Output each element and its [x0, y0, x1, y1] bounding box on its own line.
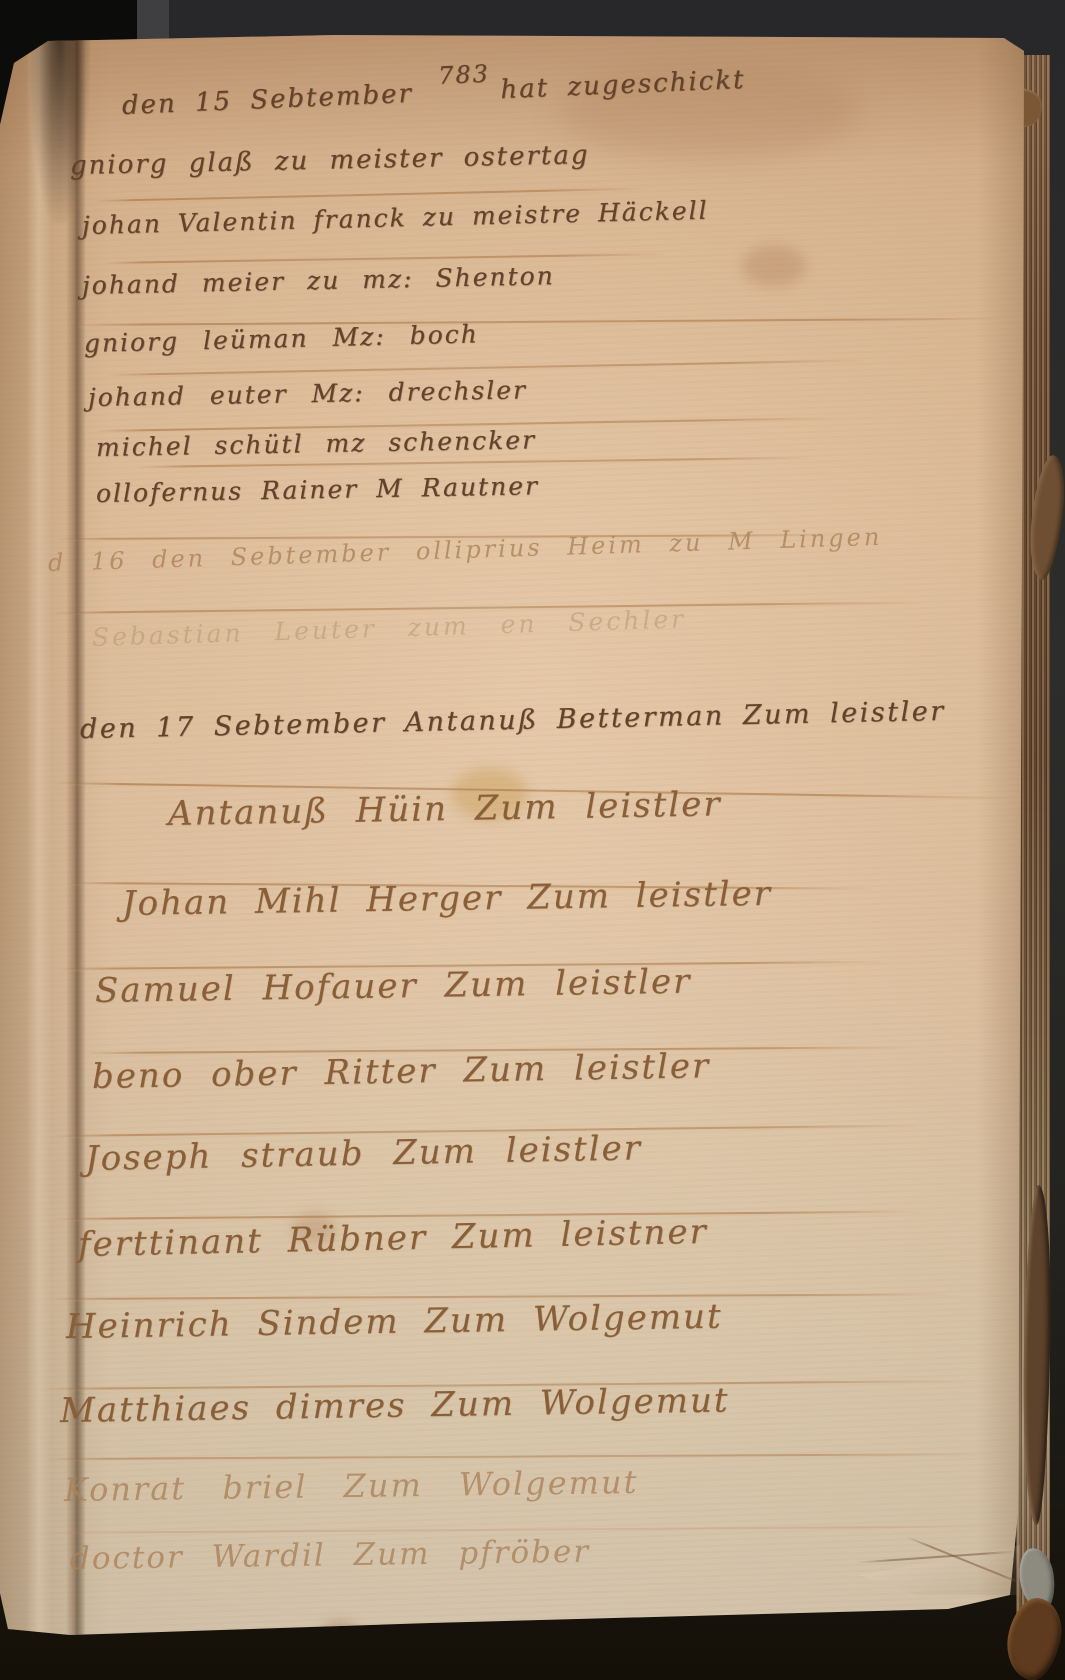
gutter-top-shadow [30, 33, 90, 223]
paper-stain [742, 245, 806, 287]
manuscript-photo: den 15 Sebtember783hat zugeschickt gnior… [0, 0, 1065, 1680]
date-heading-year: 783 [438, 61, 491, 91]
register-entry: doctor Wardil Zum pfröber [70, 1535, 591, 1578]
register-entry: Konrat briel Zum Wolgemut [64, 1464, 639, 1509]
gutter-roll-highlight [26, 33, 52, 1643]
